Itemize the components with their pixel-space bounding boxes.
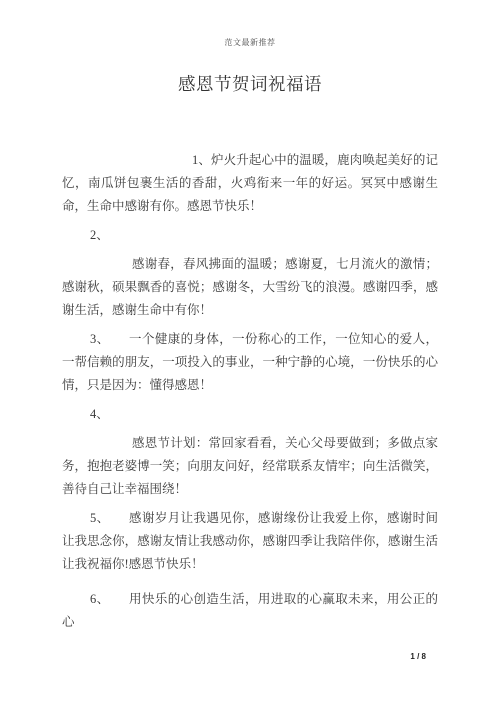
paragraph-5: 5、 感谢岁月让我遇见你，感谢缘份让我爱上你，感谢时间让我思念你，感谢友情让我感… xyxy=(62,507,438,576)
paragraph-2-number: 2、 xyxy=(62,224,438,247)
page-number: 1 / 8 xyxy=(410,652,426,661)
paragraph-6: 6、 用快乐的心创造生活，用进取的心赢取未来，用公正的心 xyxy=(62,588,438,634)
header-watermark: 范文最新推荐 xyxy=(0,0,500,48)
paragraph-3: 3、 一个健康的身体，一份称心的工作，一位知心的爱人，一帮信赖的朋友，一项投入的… xyxy=(62,328,438,397)
document-title: 感恩节贺词祝福语 xyxy=(0,71,500,96)
paragraph-2-text: 感谢春，春风拂面的温暖；感谢夏，七月流火的激情；感谢秋，硕果飘香的喜悦；感谢冬，… xyxy=(62,253,438,322)
paragraph-1: 1、炉火升起心中的温暖，鹿肉唤起美好的记忆，南瓜饼包裹生活的香甜，火鸡衔来一年的… xyxy=(62,149,438,218)
document-body: 1、炉火升起心中的温暖，鹿肉唤起美好的记忆，南瓜饼包裹生活的香甜，火鸡衔来一年的… xyxy=(62,149,438,634)
paragraph-4-text: 感恩节计划：常回家看看，关心父母要做到；多做点家务，抱抱老婆博一笑；向朋友问好，… xyxy=(62,432,438,501)
document-page: 范文最新推荐 感恩节贺词祝福语 1、炉火升起心中的温暖，鹿肉唤起美好的记忆，南瓜… xyxy=(0,0,500,708)
paragraph-4-number: 4、 xyxy=(62,403,438,426)
